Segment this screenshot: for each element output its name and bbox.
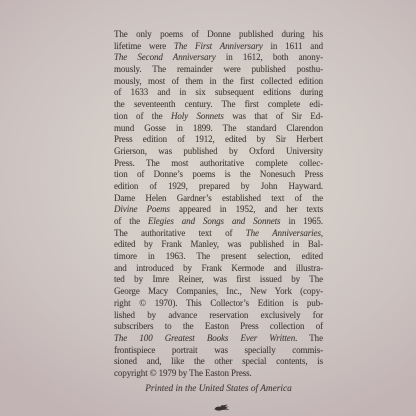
text-line: edited by Frank Manley, was published in…: [114, 239, 323, 251]
text-line: lifetime were The First Anniversary in 1…: [114, 41, 323, 53]
text-line: Press edition of 1912, edited by Sir Her…: [114, 134, 323, 146]
book-page-photo: The only poems of Donne published during…: [0, 0, 416, 416]
text-line: the seventeenth century. The first compl…: [114, 99, 323, 111]
text-line: edition of 1929, prepared by John Haywar…: [114, 181, 323, 193]
text-line: lished by advance reservation exclusivel…: [114, 310, 323, 322]
text-line: mously, most of them in the first collec…: [114, 76, 323, 88]
text-line: The Second Anniversary in 1612, both ano…: [114, 52, 323, 64]
text-line: Divine Poems appeared in 1952, and her t…: [114, 204, 323, 216]
text-line: mously. The remainder were published pos…: [114, 64, 323, 76]
text-line: of the Elegies and Songs and Sonnets in …: [114, 216, 323, 228]
text-line: subscribers to the Easton Press collecti…: [114, 321, 323, 333]
text-line: and introduced by Frank Kermode and illu…: [114, 263, 323, 275]
text-line: right © 1970). This Collector’s Edition …: [114, 298, 323, 310]
text-line: The 100 Greatest Books Ever Written. The: [114, 333, 323, 345]
text-line: frontispiece portrait was specially comm…: [114, 345, 323, 357]
text-line: sioned and, like the other special conte…: [114, 356, 323, 368]
text-line: The only poems of Donne published during…: [114, 29, 323, 41]
text-line: copyright © 1979 by The Easton Press.: [114, 368, 323, 380]
text-line: Grierson, was published by Oxford Univer…: [114, 146, 323, 158]
text-line: tion of Donne’s poems is the Nonesuch Pr…: [114, 169, 323, 181]
text-line: George Macy Companies, Inc., New York (c…: [114, 286, 323, 298]
printed-in-usa-line: Printed in the United States of America: [114, 384, 323, 394]
text-line: Dame Helen Gardner’s established text of…: [114, 193, 323, 205]
text-line: of 1633 and in six subsequent editions d…: [114, 87, 323, 99]
text-line: The authoritative text of The Anniversar…: [114, 228, 323, 240]
printer-ornament-bird-icon: [213, 402, 231, 413]
text-line: ted by Imre Reiner, was first issued by …: [114, 274, 323, 286]
text-line: Press. The most authoritative complete c…: [114, 158, 323, 170]
colophon-paragraph: The only poems of Donne published during…: [114, 29, 323, 380]
text-line: timore in 1963. The present selection, e…: [114, 251, 323, 263]
text-line: mund Gosse in 1899. The standard Clarend…: [114, 123, 323, 135]
text-line: tion of the Holy Sonnets was that of Sir…: [114, 111, 323, 123]
